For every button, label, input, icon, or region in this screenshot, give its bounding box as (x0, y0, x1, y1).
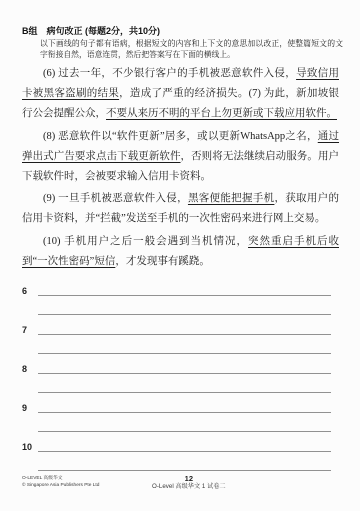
underlined-error-phrase: 不要从来历不明的平台上勿更新或下载应用软件。 (106, 108, 337, 119)
footer-page-info: 12 O-Level 高级华文 1 试卷二 (152, 474, 226, 491)
answer-number: 6 (22, 283, 38, 322)
passage-text: (6) 过去一年，不少银行客户的手机被恶意软件入侵， (43, 68, 296, 79)
section-title: 病句改正 (每题2分，共10分) (47, 26, 161, 36)
footer-booklet-title: O-Level 高级华文 1 试卷二 (152, 483, 226, 491)
answer-blank-line (38, 322, 331, 335)
answer-blank-line (38, 374, 331, 393)
answer-blank-line (38, 413, 331, 432)
answer-number: 10 (22, 439, 38, 478)
section-header: B组病句改正 (每题2分，共10分) (22, 24, 342, 37)
answer-item: 7 (22, 322, 331, 361)
answer-item: 8 (22, 361, 331, 400)
answer-lines (38, 361, 331, 400)
answer-lines (38, 283, 331, 322)
page-number: 12 (152, 474, 226, 483)
footer-copyright: © Singapore Asia Publishers Pte Ltd (22, 483, 99, 490)
answer-lines (38, 439, 331, 478)
answer-blank-line (38, 400, 331, 413)
answer-blank-line (38, 296, 331, 315)
instructions-text: 以下画线的句子都有语病，根据短文的内容和上下文的意思加以改正，使整篇短文的文字衔… (40, 38, 343, 60)
answer-number: 8 (22, 361, 38, 400)
answer-blank-line (38, 335, 331, 354)
passage-paragraph: (6) 过去一年，不少银行客户的手机被恶意软件入侵，导致信用卡被黑客盗刷的结果，… (22, 64, 339, 124)
passage-paragraph: (9) 一旦手机被恶意软件入侵，黑客便能把握手机，获取用户的信用卡资料，并“拦截… (22, 189, 339, 229)
answer-number: 7 (22, 322, 38, 361)
answer-lines (38, 322, 331, 361)
answer-item: 9 (22, 400, 331, 439)
answer-lines (38, 400, 331, 439)
passage-text: (9) 一旦手机被恶意软件入侵， (43, 193, 188, 204)
answer-item: 10 (22, 439, 331, 478)
passage-paragraph: (8) 恶意软件以“软件更新”居多，或以更新WhatsApp之名，通过弹出式广告… (22, 127, 339, 187)
footer-publisher-block: O-LEVEL 高级华文 © Singapore Asia Publishers… (22, 476, 99, 489)
underlined-error-phrase: 黑客便能把握手机 (188, 193, 275, 204)
answer-blank-line (38, 361, 331, 374)
answer-blank-line (38, 283, 331, 296)
passage-text: (8) 恶意软件以“软件更新”居多，或以更新WhatsApp之名， (43, 131, 318, 142)
passage-paragraph: (10) 手机用户之后一般会遇到当机情况，突然重启手机后收到“一次性密码”短信，… (22, 232, 339, 272)
answer-blank-line (38, 439, 331, 452)
answer-number: 9 (22, 400, 38, 439)
section-group-label: B组 (22, 26, 38, 36)
exam-page: B组病句改正 (每题2分，共10分) 以下画线的句子都有语病，根据短文的内容和上… (0, 0, 360, 511)
answer-item: 6 (22, 283, 331, 322)
passage-text: (10) 手机用户之后一般会遇到当机情况， (43, 236, 248, 247)
answer-blank-line (38, 452, 331, 471)
answer-section: 678910 (22, 283, 331, 478)
passage-text: ，才发现事有蹊跷。 (115, 256, 210, 267)
passage: (6) 过去一年，不少银行客户的手机被恶意软件入侵，导致信用卡被黑客盗刷的结果，… (22, 64, 339, 274)
